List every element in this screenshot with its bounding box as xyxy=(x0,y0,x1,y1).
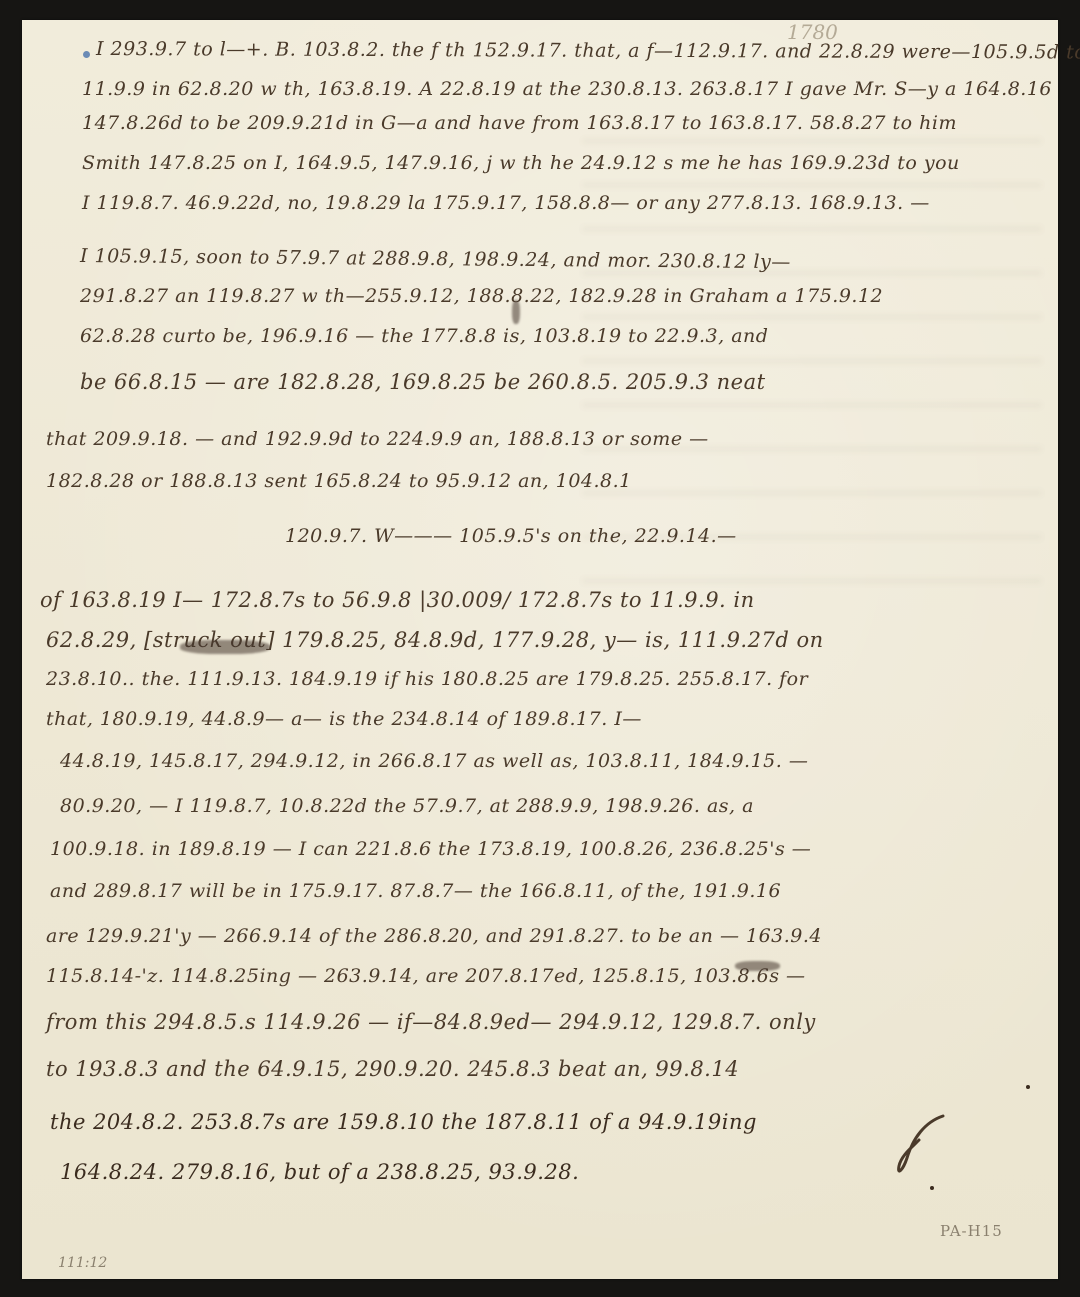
ink-strikeout xyxy=(735,961,780,971)
manuscript-line: 115.8.14-'z. 114.8.25ing — 263.9.14, are… xyxy=(46,965,805,987)
manuscript-line: and 289.8.17 will be in 175.9.17. 87.8.7… xyxy=(50,880,781,902)
manuscript-line: that, 180.9.19, 44.8.9— a— is the 234.8.… xyxy=(46,708,642,730)
archive-reference-right: PA-H15 xyxy=(940,1222,1003,1240)
manuscript-line: 11.9.9 in 62.8.20 w th, 163.8.19. A 22.8… xyxy=(82,78,1052,100)
manuscript-line: to 193.8.3 and the 64.9.15, 290.9.20. 24… xyxy=(46,1057,739,1081)
manuscript-line: of 163.8.19 I— 172.8.7s to 56.9.8 |30.00… xyxy=(40,588,755,612)
ink-strikeout xyxy=(180,640,270,654)
manuscript-line: 291.8.27 an 119.8.27 w th—255.9.12, 188.… xyxy=(80,285,883,307)
manuscript-line: 164.8.24. 279.8.16, but of a 238.8.25, 9… xyxy=(60,1160,579,1184)
manuscript-line: 100.9.18. in 189.8.19 — I can 221.8.6 th… xyxy=(50,838,811,860)
manuscript-line: 62.8.28 curto be, 196.9.16 — the 177.8.8… xyxy=(80,325,768,347)
manuscript-line: 147.8.26d to be 209.9.21d in G—a and hav… xyxy=(82,112,957,134)
manuscript-line: 80.9.20, — I 119.8.7, 10.8.22d the 57.9.… xyxy=(60,795,754,817)
archive-reference-left: 111:12 xyxy=(58,1255,107,1271)
manuscript-line: that 209.9.18. — and 192.9.9d to 224.9.9… xyxy=(46,428,709,450)
manuscript-line: are 129.9.21'y — 266.9.14 of the 286.8.2… xyxy=(46,925,822,947)
manuscript-line: I 293.9.7 to l—+. B. 103.8.2. the f th 1… xyxy=(96,38,1080,63)
manuscript-line: the 204.8.2. 253.8.7s are 159.8.10 the 1… xyxy=(50,1110,757,1134)
ink-blot xyxy=(512,300,520,324)
scan-background: 1780 I 293.9.7 to l—+. B. 103.8.2. the f… xyxy=(0,0,1080,1297)
centered-line: 120.9.7. W——— 105.9.5's on the, 22.9.14.… xyxy=(285,525,737,547)
manuscript-line: 44.8.19, 145.8.17, 294.9.12, in 266.8.17… xyxy=(60,750,808,772)
manuscript-line: 182.8.28 or 188.8.13 sent 165.8.24 to 95… xyxy=(46,470,632,492)
manuscript-line: from this 294.8.5.s 114.9.26 — if—84.8.9… xyxy=(46,1010,816,1034)
ink-dot xyxy=(1026,1085,1030,1089)
manuscript-line: 62.8.29, [struck out] 179.8.25, 84.8.9d,… xyxy=(46,628,824,652)
manuscript-line: be 66.8.15 — are 182.8.28, 169.8.25 be 2… xyxy=(80,370,766,394)
ink-dot xyxy=(930,1186,934,1190)
manuscript-line: Smith 147.8.25 on I, 164.9.5, 147.9.16, … xyxy=(82,152,960,174)
manuscript-line: 23.8.10.. the. 111.9.13. 184.9.19 if his… xyxy=(46,668,808,690)
blue-mark-icon xyxy=(83,51,90,58)
flourish-mark-icon xyxy=(895,1108,945,1178)
manuscript-line: I 119.8.7. 46.9.22d, no, 19.8.29 la 175.… xyxy=(82,192,930,214)
